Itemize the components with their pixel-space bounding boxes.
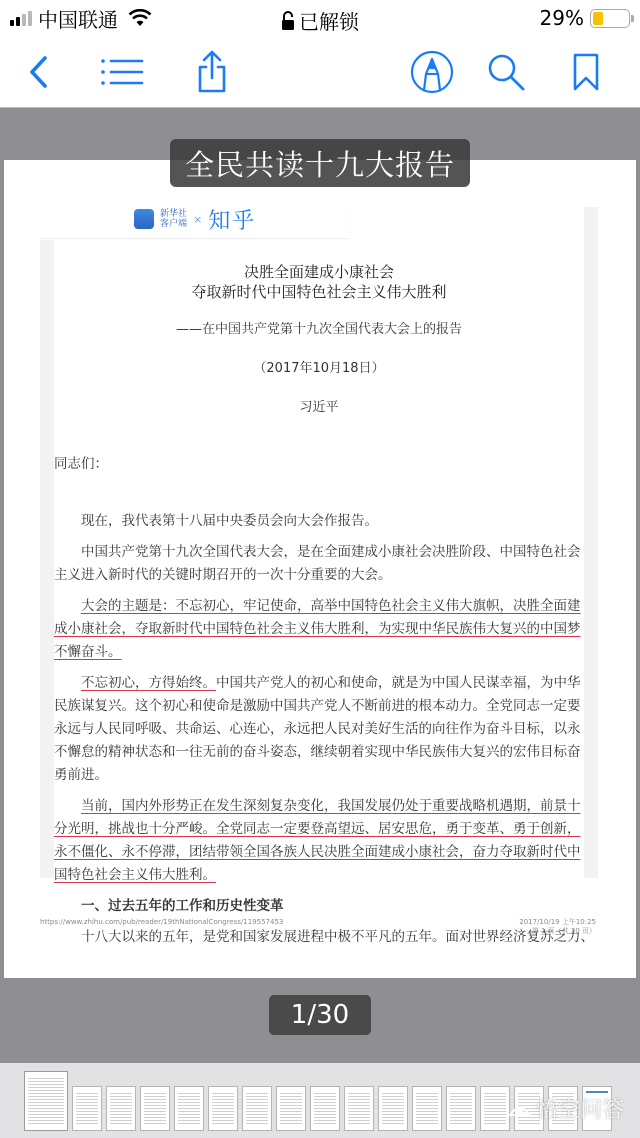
doc-paragraph: 中国共产党第十九次全国代表大会，是在全面建成小康社会决胜阶段、中国特色社会主义进… bbox=[54, 541, 584, 587]
page-thumbnail[interactable] bbox=[106, 1086, 136, 1131]
doc-paragraph-highlighted: 大会的主题是：不忘初心，牢记使命，高举中国特色社会主义伟大旗帜，决胜全面建成小康… bbox=[54, 595, 584, 664]
doc-salutation: 同志们： bbox=[54, 453, 584, 476]
document-title-overlay: 全民共读十九大报告 bbox=[170, 139, 470, 187]
table-of-contents-button[interactable] bbox=[98, 48, 146, 96]
page-count-info: 第 1 页（共 30 页） bbox=[519, 927, 596, 936]
page-thumbnail[interactable] bbox=[276, 1086, 306, 1131]
page-thumbnail[interactable] bbox=[344, 1086, 374, 1131]
doc-paragraph: 不忘初心，方得始终。中国共产党人的初心和使命，就是为中国人民谋幸福，为中华民族谋… bbox=[54, 672, 584, 787]
lock-status: 已解锁 bbox=[299, 6, 359, 35]
pdf-page[interactable]: 新华社 客户端 × 知乎 决胜全面建成小康社会 夺取新时代中国特色社会主义伟大胜… bbox=[4, 160, 636, 978]
status-bar: 中国联通 已解锁 29% bbox=[0, 0, 640, 36]
search-icon bbox=[486, 52, 526, 92]
brand-separator: × bbox=[193, 213, 202, 226]
page-footer-meta: 2017/10/19 上午10:25 第 1 页（共 30 页） bbox=[519, 918, 596, 936]
page-thumbnail[interactable] bbox=[174, 1086, 204, 1131]
unlocked-icon bbox=[281, 11, 295, 31]
battery-icon bbox=[590, 9, 630, 28]
wukong-logo-icon bbox=[508, 1099, 532, 1119]
page-thumbnail[interactable] bbox=[72, 1086, 102, 1131]
doc-author: 习近平 bbox=[54, 396, 584, 419]
list-icon bbox=[100, 58, 144, 86]
page-thumbnail[interactable] bbox=[208, 1086, 238, 1131]
search-button[interactable] bbox=[482, 48, 530, 96]
markup-pen-icon bbox=[409, 49, 455, 95]
document-body: 决胜全面建成小康社会 夺取新时代中国特色社会主义伟大胜利 ——在中国共产党第十九… bbox=[54, 240, 584, 949]
page-thumbnail[interactable] bbox=[140, 1086, 170, 1131]
reader-toolbar bbox=[0, 36, 640, 108]
page-thumbnail[interactable] bbox=[310, 1086, 340, 1131]
bookmark-icon bbox=[572, 52, 600, 92]
page-thumbnail-1[interactable] bbox=[24, 1071, 68, 1131]
markup-button[interactable] bbox=[408, 48, 456, 96]
doc-paragraph-highlighted: 当前，国内外形势正在发生深刻复杂变化，我国发展仍处于重要战略机遇期，前景十分光明… bbox=[54, 795, 584, 887]
brand-header: 新华社 客户端 × 知乎 bbox=[40, 200, 350, 238]
page-thumbnail[interactable] bbox=[378, 1086, 408, 1131]
bookmark-button[interactable] bbox=[562, 48, 610, 96]
xinhua-logo-icon bbox=[134, 209, 154, 229]
share-button[interactable] bbox=[188, 48, 236, 96]
page-thumbnail[interactable] bbox=[242, 1086, 272, 1131]
doc-title-line2: 夺取新时代中国特色社会主义伟大胜利 bbox=[54, 282, 584, 302]
watermark: 悟空问答 bbox=[508, 1093, 624, 1124]
page-indicator: 1/30 bbox=[269, 995, 371, 1035]
doc-title-line1: 决胜全面建成小康社会 bbox=[54, 262, 584, 282]
page-footer-url: https://www.zhihu.com/pub/reader/19thNat… bbox=[40, 918, 283, 926]
pdf-viewer[interactable]: 全民共读十九大报告 新华社 客户端 × 知乎 决胜全面建成小康社会 夺取新时代中… bbox=[0, 109, 640, 1057]
doc-paragraph: 十八大以来的五年，是党和国家发展进程中极不平凡的五年。面对世界经济复苏乏力、 bbox=[54, 926, 584, 949]
doc-section-heading: 一、过去五年的工作和历史性变革 bbox=[54, 895, 584, 918]
page-thumbnail[interactable] bbox=[412, 1086, 442, 1131]
zhihu-logo: 知乎 bbox=[208, 204, 256, 235]
back-button[interactable] bbox=[14, 48, 62, 96]
battery-percent: 29% bbox=[540, 6, 584, 30]
doc-date: （2017年10月18日） bbox=[54, 357, 584, 380]
doc-paragraph: 现在，我代表第十八届中央委员会向大会作报告。 bbox=[54, 510, 584, 533]
doc-subtitle: ——在中国共产党第十九次全国代表大会上的报告 bbox=[54, 318, 584, 341]
print-timestamp: 2017/10/19 上午10:25 bbox=[519, 918, 596, 927]
page-thumbnail[interactable] bbox=[446, 1086, 476, 1131]
xinhua-brand-line1: 新华社 bbox=[160, 209, 187, 219]
share-icon bbox=[195, 50, 229, 94]
chevron-left-icon bbox=[26, 54, 50, 90]
xinhua-brand-line2: 客户端 bbox=[160, 219, 187, 229]
page-thumbnail[interactable] bbox=[480, 1086, 510, 1131]
